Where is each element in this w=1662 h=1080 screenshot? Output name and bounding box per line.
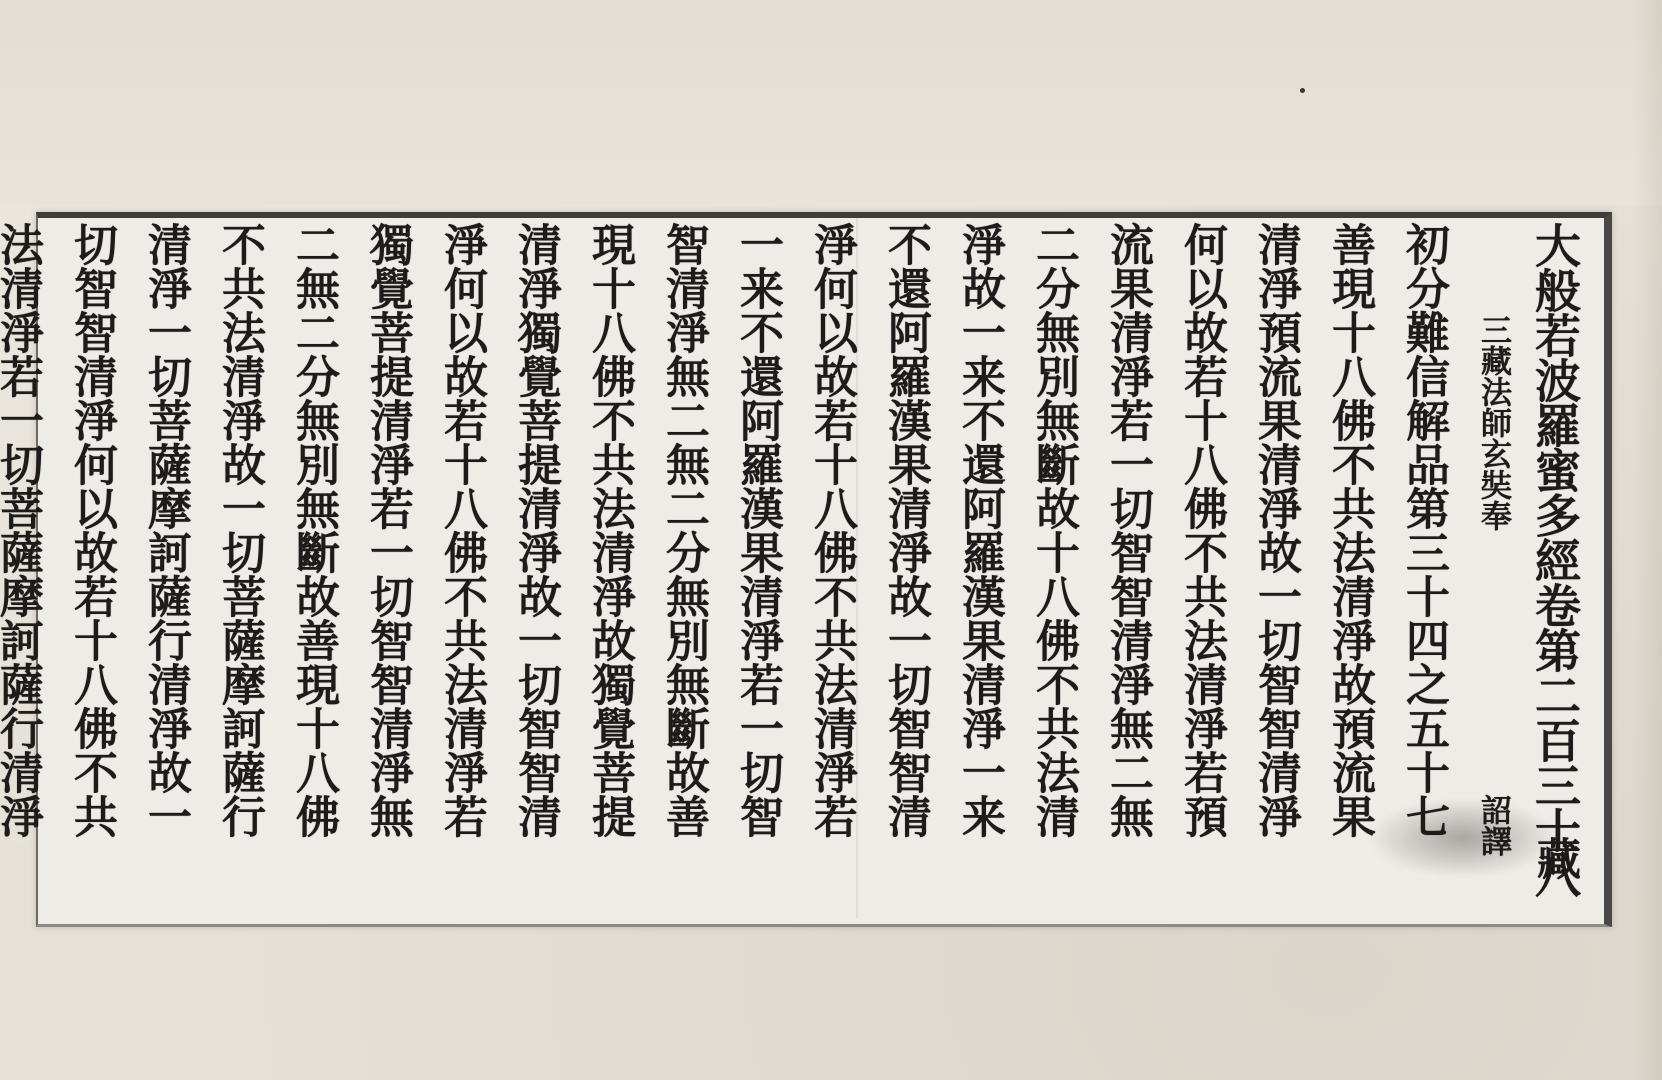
translator-credit: 三藏法師玄奘奉 (1468, 314, 1518, 531)
text-column: 現十八佛不共法清淨故獨覺菩提 (572, 222, 646, 912)
upper-margin (0, 0, 1662, 205)
paper-background: 藏 大般若波羅蜜多經卷第二百三十八 三藏法師玄奘奉 詔譯 初分難信解品第三十四之… (0, 0, 1662, 1080)
text-column: 不共法清淨故一切菩薩摩訶薩行 (202, 222, 276, 912)
text-column: 流果清淨若一切智智清淨無二無 (1090, 222, 1164, 912)
sutra-title: 大般若波羅蜜多經卷第二百三十八 (1518, 222, 1592, 912)
text-column: 淨何以故若十八佛不共法清淨若 (794, 222, 868, 912)
text-column: 不還阿羅漢果清淨故一切智智清 (868, 222, 942, 912)
text-column: 淨何以故若十八佛不共法清淨若 (424, 222, 498, 912)
printed-text-block: 藏 大般若波羅蜜多經卷第二百三十八 三藏法師玄奘奉 詔譯 初分難信解品第三十四之… (36, 212, 1612, 927)
text-column: 智清淨無二無二分無別無斷故善 (646, 222, 720, 912)
text-column: 善現十八佛不共法清淨故預流果 (1312, 222, 1386, 912)
sutra-text: 大般若波羅蜜多經卷第二百三十八 三藏法師玄奘奉 詔譯 初分難信解品第三十四之五十… (0, 222, 1592, 912)
text-column: 淨故一来不還阿羅漢果清淨一来 (942, 222, 1016, 912)
text-column: 獨覺菩提清淨若一切智智清淨無 (350, 222, 424, 912)
page-edge-shadow (1632, 0, 1662, 1080)
text-column: 一来不還阿羅漢果清淨若一切智 (720, 222, 794, 912)
text-column: 清淨預流果清淨故一切智智清淨 (1238, 222, 1312, 912)
text-column: 清淨獨覺菩提清淨故一切智智清 (498, 222, 572, 912)
text-column: 二分無別無斷故十八佛不共法清 (1016, 222, 1090, 912)
translator-credit-end: 詔譯 (1468, 794, 1518, 856)
title-column-group: 大般若波羅蜜多經卷第二百三十八 三藏法師玄奘奉 詔譯 (1460, 222, 1592, 912)
text-column: 清淨一切菩薩摩訶薩行清淨故一 (128, 222, 202, 912)
text-column: 二無二分無別無斷故善現十八佛 (276, 222, 350, 912)
chapter-heading: 初分難信解品第三十四之五十七 (1386, 222, 1460, 912)
text-column: 法清淨若一切菩薩摩訶薩行清淨 (0, 222, 54, 912)
text-column: 切智智清淨何以故若十八佛不共 (54, 222, 128, 912)
ink-speck (1300, 88, 1305, 93)
text-column: 何以故若十八佛不共法清淨若預 (1164, 222, 1238, 912)
